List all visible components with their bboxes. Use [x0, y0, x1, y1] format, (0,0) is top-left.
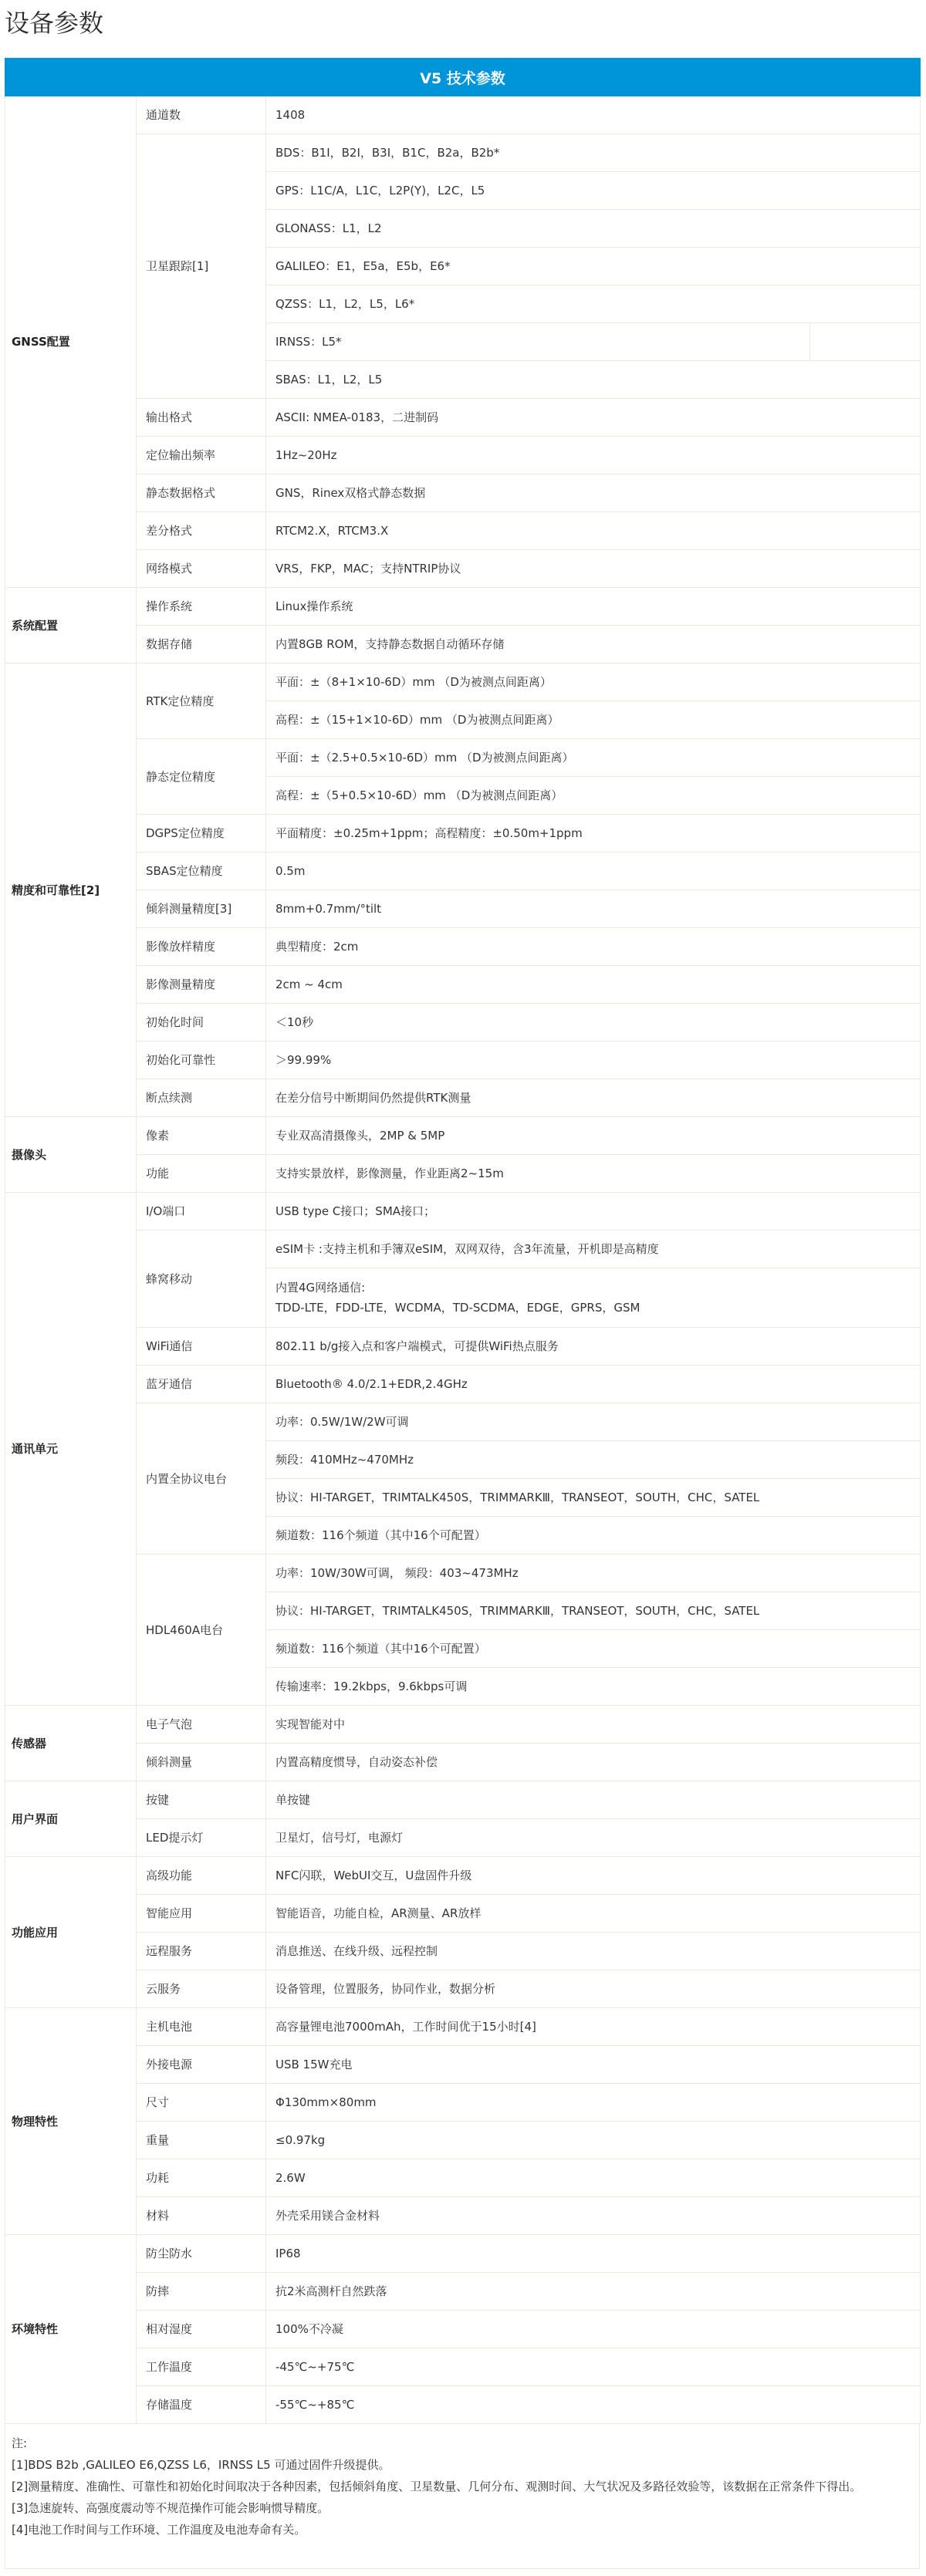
spec-value: 协议：HI-TARGET，TRIMTALK450S，TRIMMARKⅢ，TRAN…: [266, 1592, 921, 1630]
spec-label: 静态定位精度: [137, 739, 266, 815]
spec-label: 主机电池: [137, 2008, 266, 2046]
page-title: 设备参数: [5, 6, 103, 40]
spec-label: 按键: [137, 1781, 266, 1819]
category-sensor: 传感器: [5, 1706, 137, 1781]
spec-value: 外壳采用镁合金材料: [266, 2197, 921, 2235]
spec-value: eSIM卡 :支持主机和手簿双eSIM，双网双待，含3年流量，开机即是高精度: [266, 1231, 921, 1268]
table-row: DGPS定位精度平面精度：±0.25m+1ppm；高程精度：±0.50m+1pp…: [5, 815, 921, 852]
footnotes-heading: 注:: [12, 2433, 913, 2454]
spec-value: IP68: [266, 2235, 921, 2273]
table-row: 精度和可靠性[2] RTK定位精度 平面：±（8+1×10-6D）mm （D为被…: [5, 663, 921, 701]
spec-label: 倾斜测量: [137, 1744, 266, 1781]
table-row: 蓝牙通信Bluetooth® 4.0/2.1+EDR,2.4GHz: [5, 1366, 921, 1403]
table-row: 断点续测在差分信号中断期间仍然提供RTK测量: [5, 1079, 921, 1117]
spec-value: 协议：HI-TARGET，TRIMTALK450S，TRIMMARKⅢ，TRAN…: [266, 1479, 921, 1517]
spec-value: USB type C接口；SMA接口；: [266, 1193, 921, 1231]
spec-value: 2cm ~ 4cm: [266, 966, 921, 1004]
spec-value: 1Hz~20Hz: [266, 437, 921, 474]
spec-value: 智能语音，功能自检，AR测量、AR放样: [266, 1895, 921, 1933]
spec-value: 平面：±（8+1×10-6D）mm （D为被测点间距离）: [266, 663, 921, 701]
table-row: 静态定位精度 平面：±（2.5+0.5×10-6D）mm （D为被测点间距离）: [5, 739, 921, 777]
table-row: 倾斜测量内置高精度惯导，自动姿态补偿: [5, 1744, 921, 1781]
spec-label: RTK定位精度: [137, 663, 266, 739]
table-row: 工作温度 -45℃~+75℃: [5, 2348, 921, 2386]
table-row: 系统配置 操作系统 Linux操作系统: [5, 588, 921, 626]
footnote: [3]急速旋转、高强度震动等不规范操作可能会影响惯导精度。: [12, 2497, 913, 2519]
spec-value: 传输速率：19.2kbps，9.6kbps可调: [266, 1668, 921, 1706]
spec-value: 高程：±（15+1×10-6D）mm （D为被测点间距离）: [266, 701, 921, 739]
spec-label: 像素: [137, 1117, 266, 1155]
spec-value: 2.6W: [266, 2159, 921, 2197]
table-row: 数据存储内置8GB ROM，支持静态数据自动循环存储: [5, 626, 921, 663]
spec-label: 输出格式: [137, 399, 266, 437]
table-row: 功能支持实景放样，影像测量，作业距离2~15m: [5, 1155, 921, 1193]
table-row: LED提示灯卫星灯，信号灯，电源灯: [5, 1819, 921, 1857]
table-row: 用户界面 按键 单按键: [5, 1781, 921, 1819]
spec-value: RTCM2.X，RTCM3.X: [266, 512, 921, 550]
spec-value: -45℃~+75℃: [266, 2348, 921, 2386]
spec-value: 频道数：116个频道（其中16个可配置）: [266, 1630, 921, 1668]
spec-label: WiFi通信: [137, 1328, 266, 1366]
table-row: 倾斜测量精度[3]8mm+0.7mm/°tilt: [5, 890, 921, 928]
table-row: 输出格式ASCII: NMEA-0183，二进制码: [5, 399, 921, 437]
spec-label: 影像放样精度: [137, 928, 266, 966]
spec-value: Linux操作系统: [266, 588, 921, 626]
category-user-interface: 用户界面: [5, 1781, 137, 1857]
spec-value-line: TDD-LTE，FDD-LTE，WCDMA，TD-SCDMA，EDGE，GPRS…: [275, 1298, 911, 1318]
spec-label: 防摔: [137, 2273, 266, 2311]
table-row: 存储温度 -55℃~+85℃: [5, 2386, 921, 2424]
table-row: 相对湿度100%不冷凝: [5, 2311, 921, 2348]
spec-label: 蜂窝移动: [137, 1231, 266, 1328]
table-row: WiFi通信802.11 b/g接入点和客户端模式，可提供WiFi热点服务: [5, 1328, 921, 1366]
spec-label: LED提示灯: [137, 1819, 266, 1857]
table-row: 尺寸Φ130mm×80mm: [5, 2084, 921, 2122]
spec-value: Bluetooth® 4.0/2.1+EDR,2.4GHz: [266, 1366, 921, 1403]
table-row: SBAS定位精度0.5m: [5, 852, 921, 890]
spec-label: HDL460A电台: [137, 1555, 266, 1706]
spec-value: 高容量锂电池7000mAh，工作时间优于15小时[4]: [266, 2008, 921, 2046]
spec-label: 蓝牙通信: [137, 1366, 266, 1403]
category-system: 系统配置: [5, 588, 137, 663]
spec-value: 内置4G网络通信: TDD-LTE，FDD-LTE，WCDMA，TD-SCDMA…: [266, 1268, 921, 1328]
spec-label: 外接电源: [137, 2046, 266, 2084]
spec-label: 防尘防水: [137, 2235, 266, 2273]
empty-cell: [810, 323, 921, 361]
spec-value: 1408: [266, 96, 921, 134]
spec-value: IRNSS：L5*: [266, 323, 810, 361]
spec-label: 初始化可靠性: [137, 1042, 266, 1079]
spec-value: BDS：B1I，B2I，B3I，B1C，B2a，B2b*: [266, 134, 921, 172]
table-row: 蜂窝移动 eSIM卡 :支持主机和手簿双eSIM，双网双待，含3年流量，开机即是…: [5, 1231, 921, 1268]
table-row: HDL460A电台 功率：10W/30W可调， 频段：403~473MHz: [5, 1555, 921, 1592]
footnotes: 注: [1]BDS B2b ,GALILEO E6,QZSS L6，IRNSS …: [5, 2423, 920, 2569]
spec-value: QZSS：L1，L2，L5，L6*: [266, 285, 921, 323]
spec-value: -55℃~+85℃: [266, 2386, 921, 2424]
category-features: 功能应用: [5, 1857, 137, 2008]
spec-label: 差分格式: [137, 512, 266, 550]
spec-value: GALILEO：E1，E5a，E5b，E6*: [266, 248, 921, 285]
spec-label: 内置全协议电台: [137, 1403, 266, 1555]
spec-label: 卫星跟踪[1]: [137, 134, 266, 399]
spec-label: 尺寸: [137, 2084, 266, 2122]
table-row: 差分格式RTCM2.X，RTCM3.X: [5, 512, 921, 550]
spec-value: GLONASS：L1，L2: [266, 210, 921, 248]
spec-value: 设备管理，位置服务，协同作业，数据分析: [266, 1970, 921, 2008]
spec-label: 功耗: [137, 2159, 266, 2197]
category-camera: 摄像头: [5, 1117, 137, 1193]
spec-label: 静态数据格式: [137, 474, 266, 512]
spec-label: 电子气泡: [137, 1706, 266, 1744]
table-row: 初始化时间＜10秒: [5, 1004, 921, 1042]
spec-label: 操作系统: [137, 588, 266, 626]
spec-value: 频道数：116个频道（其中16个可配置）: [266, 1517, 921, 1555]
spec-value: ≤0.97kg: [266, 2122, 921, 2159]
spec-value: 实现智能对中: [266, 1706, 921, 1744]
spec-value: 平面精度：±0.25m+1ppm；高程精度：±0.50m+1ppm: [266, 815, 921, 852]
table-row: 网络模式VRS，FKP，MAC；支持NTRIP协议: [5, 550, 921, 588]
spec-label: 倾斜测量精度[3]: [137, 890, 266, 928]
spec-value: 高程：±（5+0.5×10-6D）mm （D为被测点间距离）: [266, 777, 921, 815]
spec-value: 8mm+0.7mm/°tilt: [266, 890, 921, 928]
spec-label: 通道数: [137, 96, 266, 134]
footnote: [1]BDS B2b ,GALILEO E6,QZSS L6，IRNSS L5 …: [12, 2454, 913, 2476]
spec-value: VRS，FKP，MAC；支持NTRIP协议: [266, 550, 921, 588]
spec-value: 单按键: [266, 1781, 921, 1819]
table-row: GNSS配置 通道数 1408: [5, 96, 921, 134]
table-row: 云服务设备管理，位置服务，协同作业，数据分析: [5, 1970, 921, 2008]
table-row: 功耗2.6W: [5, 2159, 921, 2197]
spec-label: I/O端口: [137, 1193, 266, 1231]
table-row: 影像放样精度典型精度：2cm: [5, 928, 921, 966]
spec-value: 抗2米高测杆自然跌落: [266, 2273, 921, 2311]
footnote: [2]测量精度、准确性、可靠性和初始化时间取决于各种因素，包括倾斜角度、卫星数量…: [12, 2476, 913, 2497]
spec-value: 消息推送、在线升级、远程控制: [266, 1933, 921, 1970]
spec-value: 支持实景放样，影像测量，作业距离2~15m: [266, 1155, 921, 1193]
spec-value: Φ130mm×80mm: [266, 2084, 921, 2122]
spec-label: 远程服务: [137, 1933, 266, 1970]
category-gnss: GNSS配置: [5, 96, 137, 588]
table-row: 内置全协议电台 功率：0.5W/1W/2W可调: [5, 1403, 921, 1441]
spec-value: 功率：0.5W/1W/2W可调: [266, 1403, 921, 1441]
spec-value: ＞99.99%: [266, 1042, 921, 1079]
spec-label: 断点续测: [137, 1079, 266, 1117]
spec-value: SBAS：L1，L2，L5: [266, 361, 921, 399]
spec-value: 0.5m: [266, 852, 921, 890]
spec-value: 100%不冷凝: [266, 2311, 921, 2348]
spec-value: GNS，Rinex双格式静态数据: [266, 474, 921, 512]
table-row: 功能应用 高级功能 NFC闪联，WebUI交互，U盘固件升级: [5, 1857, 921, 1895]
spec-value: 专业双高清摄像头，2MP & 5MP: [266, 1117, 921, 1155]
spec-label: 材料: [137, 2197, 266, 2235]
category-communication: 通讯单元: [5, 1193, 137, 1706]
table-row: 重量≤0.97kg: [5, 2122, 921, 2159]
spec-label: 网络模式: [137, 550, 266, 588]
spec-value: 内置高精度惯导，自动姿态补偿: [266, 1744, 921, 1781]
table-row: 环境特性 防尘防水 IP68: [5, 2235, 921, 2273]
spec-label: 初始化时间: [137, 1004, 266, 1042]
table-row: 卫星跟踪[1] BDS：B1I，B2I，B3I，B1C，B2a，B2b*: [5, 134, 921, 172]
spec-value: USB 15W充电: [266, 2046, 921, 2084]
spec-label: 高级功能: [137, 1857, 266, 1895]
spec-label: SBAS定位精度: [137, 852, 266, 890]
spec-value: 平面：±（2.5+0.5×10-6D）mm （D为被测点间距离）: [266, 739, 921, 777]
spec-value-line: 内置4G网络通信:: [275, 1278, 911, 1298]
table-row: 智能应用智能语音，功能自检，AR测量、AR放样: [5, 1895, 921, 1933]
category-environment: 环境特性: [5, 2235, 137, 2424]
table-row: 传感器 电子气泡 实现智能对中: [5, 1706, 921, 1744]
table-row: 材料外壳采用镁合金材料: [5, 2197, 921, 2235]
table-row: 定位输出频率1Hz~20Hz: [5, 437, 921, 474]
table-row: 初始化可靠性＞99.99%: [5, 1042, 921, 1079]
spec-value: ＜10秒: [266, 1004, 921, 1042]
spec-label: 影像测量精度: [137, 966, 266, 1004]
table-row: 外接电源USB 15W充电: [5, 2046, 921, 2084]
spec-value: GPS：L1C/A，L1C，L2P(Y)，L2C，L5: [266, 172, 921, 210]
spec-table: V5 技术参数 GNSS配置 通道数 1408 卫星跟踪[1] BDS：B1I，…: [5, 58, 921, 2424]
spec-label: DGPS定位精度: [137, 815, 266, 852]
spec-value: 内置8GB ROM，支持静态数据自动循环存储: [266, 626, 921, 663]
footnote: [4]电池工作时间与工作环境、工作温度及电池寿命有关。: [12, 2519, 913, 2541]
spec-value: 频段：410MHz~470MHz: [266, 1441, 921, 1479]
spec-label: 云服务: [137, 1970, 266, 2008]
table-row: 摄像头 像素 专业双高清摄像头，2MP & 5MP: [5, 1117, 921, 1155]
spec-value: 在差分信号中断期间仍然提供RTK测量: [266, 1079, 921, 1117]
spec-value: NFC闪联，WebUI交互，U盘固件升级: [266, 1857, 921, 1895]
spec-label: 相对湿度: [137, 2311, 266, 2348]
table-row: 通讯单元 I/O端口 USB type C接口；SMA接口；: [5, 1193, 921, 1231]
spec-value: ASCII: NMEA-0183，二进制码: [266, 399, 921, 437]
category-physical: 物理特性: [5, 2008, 137, 2235]
table-header-row: V5 技术参数: [5, 59, 921, 96]
spec-value: 802.11 b/g接入点和客户端模式，可提供WiFi热点服务: [266, 1328, 921, 1366]
spec-label: 工作温度: [137, 2348, 266, 2386]
spec-label: 功能: [137, 1155, 266, 1193]
spec-label: 存储温度: [137, 2386, 266, 2424]
table-row: 静态数据格式GNS，Rinex双格式静态数据: [5, 474, 921, 512]
table-row: 影像测量精度2cm ~ 4cm: [5, 966, 921, 1004]
table-row: 防摔抗2米高测杆自然跌落: [5, 2273, 921, 2311]
table-row: 物理特性 主机电池 高容量锂电池7000mAh，工作时间优于15小时[4]: [5, 2008, 921, 2046]
table-title: V5 技术参数: [5, 59, 921, 96]
spec-value: 卫星灯，信号灯，电源灯: [266, 1819, 921, 1857]
category-accuracy: 精度和可靠性[2]: [5, 663, 137, 1117]
spec-label: 重量: [137, 2122, 266, 2159]
spec-value: 典型精度：2cm: [266, 928, 921, 966]
spec-label: 智能应用: [137, 1895, 266, 1933]
spec-value: 功率：10W/30W可调， 频段：403~473MHz: [266, 1555, 921, 1592]
table-row: 远程服务消息推送、在线升级、远程控制: [5, 1933, 921, 1970]
spec-label: 数据存储: [137, 626, 266, 663]
spec-label: 定位输出频率: [137, 437, 266, 474]
